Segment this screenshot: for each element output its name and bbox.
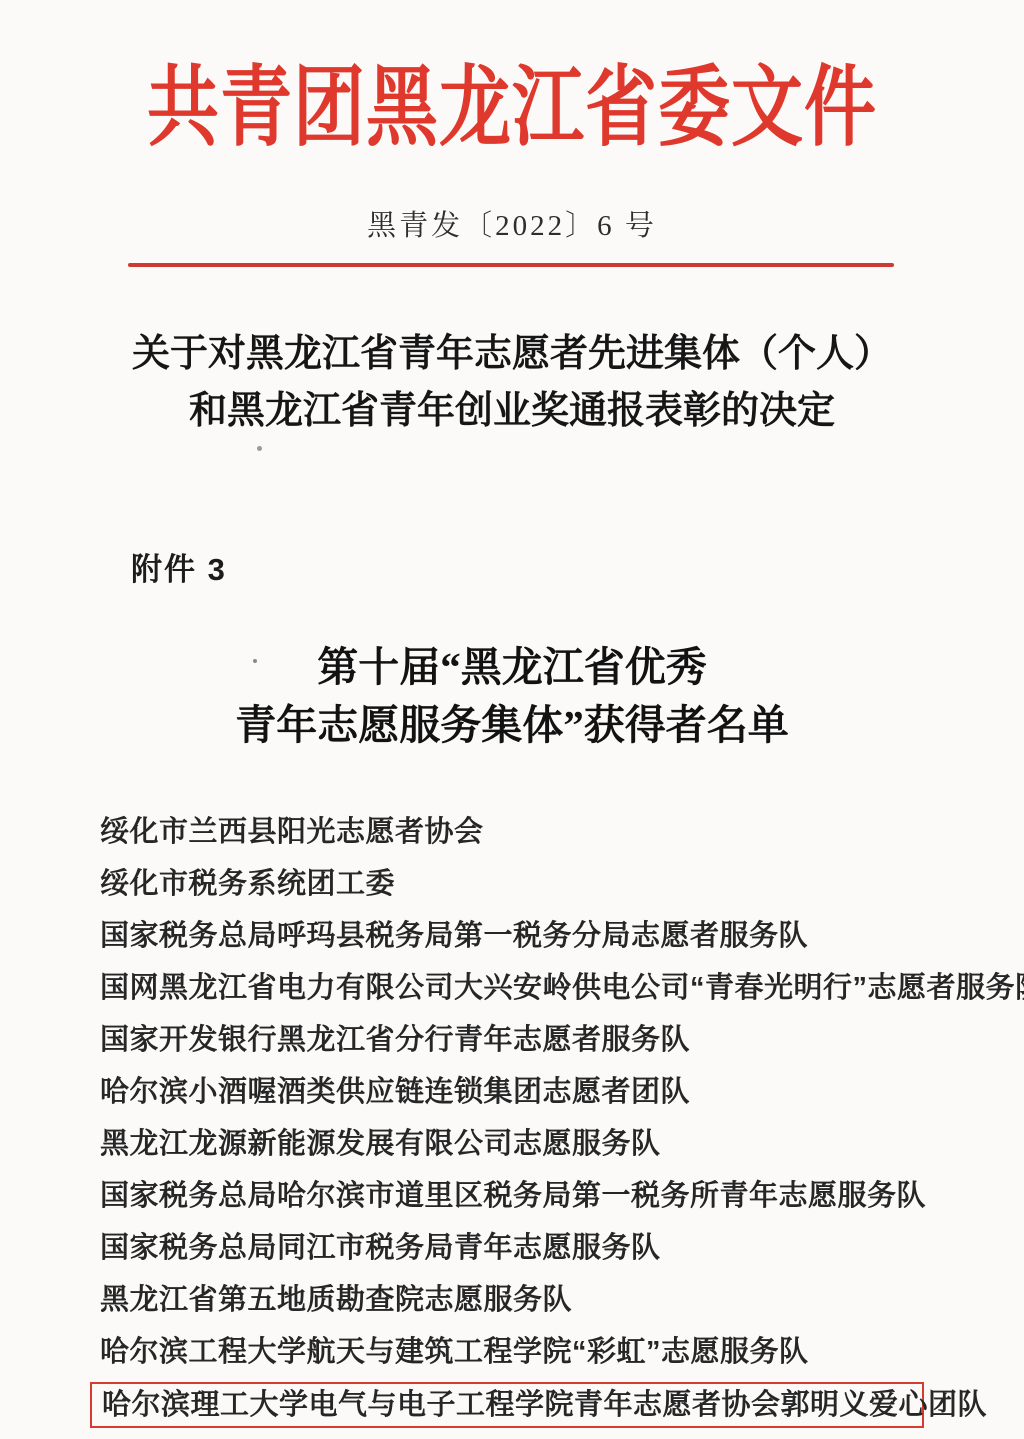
main-title: 关于对黑龙江省青年志愿者先进集体（个人） 和黑龙江省青年创业奖通报表彰的决定: [0, 326, 1024, 440]
winner-list-item: 绥化市兰西县阳光志愿者协会: [100, 806, 960, 858]
winner-list-item: 国家税务总局呼玛县税务局第一税务分局志愿者服务队: [100, 910, 960, 962]
winner-list-item: 国家税务总局同江市税务局青年志愿服务队: [100, 1222, 960, 1274]
winners-list: 绥化市兰西县阳光志愿者协会 绥化市税务系统团工委 国家税务总局呼玛县税务局第一税…: [100, 806, 960, 1428]
winner-list-item: 哈尔滨小酒喔酒类供应链连锁集团志愿者团队: [100, 1066, 960, 1118]
winner-list-item: 国网黑龙江省电力有限公司大兴安岭供电公司“青春光明行”志愿者服务队: [100, 962, 960, 1014]
document-page: 共青团黑龙江省委文件 黑青发〔2022〕6 号 关于对黑龙江省青年志愿者先进集体…: [0, 0, 1024, 1439]
winner-list-item: 国家开发银行黑龙江省分行青年志愿者服务队: [100, 1014, 960, 1066]
letterhead-banner-title: 共青团黑龙江省委文件: [0, 36, 1024, 163]
section-title-line2: 青年志愿服务集体”获得者名单: [0, 696, 1024, 754]
winner-list-item: 哈尔滨工程大学航天与建筑工程学院“彩虹”志愿服务队: [100, 1326, 960, 1378]
section-title-line1: 第十届“黑龙江省优秀: [0, 638, 1024, 696]
scan-artifact-dot: [257, 446, 262, 451]
document-number: 黑青发〔2022〕6 号: [0, 203, 1024, 244]
winner-list-item: 绥化市税务系统团工委: [100, 858, 960, 910]
main-title-line2: 和黑龙江省青年创业奖通报表彰的决定: [0, 383, 1024, 440]
section-title: 第十届“黑龙江省优秀 青年志愿服务集体”获得者名单: [0, 638, 1024, 754]
winner-list-item: 黑龙江省第五地质勘查院志愿服务队: [100, 1274, 960, 1326]
attachment-label: 附件 3: [131, 544, 227, 589]
winner-list-item-highlighted: 哈尔滨理工大学电气与电子工程学院青年志愿者协会郭明义爱心团队: [90, 1382, 924, 1428]
red-separator-rule: [128, 263, 894, 267]
winner-list-item: 国家税务总局哈尔滨市道里区税务局第一税务所青年志愿服务队: [100, 1170, 960, 1222]
winner-list-item: 黑龙江龙源新能源发展有限公司志愿服务队: [100, 1118, 960, 1170]
main-title-line1: 关于对黑龙江省青年志愿者先进集体（个人）: [0, 326, 1024, 383]
